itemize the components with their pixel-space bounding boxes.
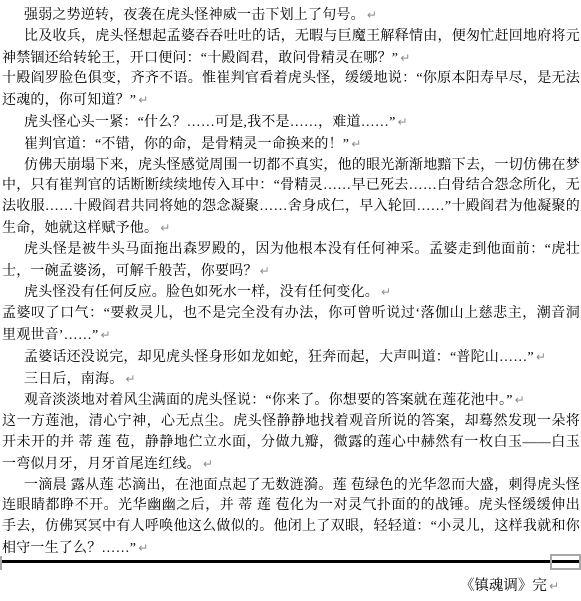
paragraph-mark-icon: ↵ bbox=[513, 393, 525, 407]
paragraph-mark-icon: ↵ bbox=[98, 328, 110, 342]
paragraph-mark-icon: ↵ bbox=[379, 285, 391, 299]
paragraph: 孟婆话还没说完，却见虎头怪身形如龙如蛇，狂奔而起，大声叫道：“普陀山……”↵ bbox=[2, 347, 580, 369]
paragraph-mark-icon: ↵ bbox=[136, 93, 148, 107]
paragraph-mark-icon: ↵ bbox=[136, 541, 148, 555]
paragraph: 崔判官道：“不错，你的命，是骨精灵一命换来的！”↵ bbox=[2, 134, 580, 156]
paragraph-text: 强弱之势逆转，夜袭在虎头怪神威一击下划上了句号。 bbox=[24, 8, 365, 23]
paragraph: 强弱之势逆转，夜袭在虎头怪神威一击下划上了句号。↵ bbox=[2, 5, 580, 27]
rule-left-handle[interactable] bbox=[0, 556, 2, 570]
paragraph: 虎头怪没有任何反应。脸色如死水一样，没有任何变化。↵ bbox=[2, 282, 580, 304]
paragraph-text: 虎头怪心头一紧：“什么？……可是,我不是……，难道……” bbox=[24, 115, 396, 130]
paragraph: 比及收兵，虎头怪想起孟婆吞吞吐吐的话，无暇与巨魔王解释情由，便匆忙赶回地府将元神… bbox=[2, 27, 580, 70]
paragraph: 这一方莲池，清心宁神，心无点尘。虎头怪静静地找着观音所说的答案，却蓦然发现一朵将… bbox=[2, 412, 580, 475]
paragraph-mark-icon: ↵ bbox=[258, 264, 270, 278]
paragraph-text: 这一方莲池，清心宁神，心无点尘。虎头怪静静地找着观音所说的答案，却蓦然发现一朵将… bbox=[2, 414, 580, 472]
rule-right-handle[interactable] bbox=[550, 554, 581, 570]
paragraph: 十殿阎罗脸色俱变，齐齐不语。惟崔判官看着虎头怪，缓缓地说：“你原本阳寿早尽，是无… bbox=[2, 69, 580, 112]
paragraph-text: 孟婆话还没说完，却见虎头怪身形如龙如蛇，狂奔而起，大声叫道：“普陀山……” bbox=[24, 350, 534, 365]
footer-title-text: 《镇魂调》完 bbox=[460, 578, 547, 594]
paragraph-text: 十殿阎罗脸色俱变，齐齐不语。惟崔判官看着虎头怪，缓缓地说：“你原本阳寿早尽，是无… bbox=[2, 71, 580, 108]
paragraph-mark-icon: ↵ bbox=[349, 137, 361, 151]
paragraph-mark-icon: ↵ bbox=[123, 372, 135, 386]
paragraph: 孟婆叹了口气：“要救灵儿，也不是完全没有办法，你可曾听说过‘落伽山上慈悲主，潮音… bbox=[2, 304, 580, 347]
paragraph: 仿佛天崩塌下来，虎头怪感觉周围一切都不真实，他的眼光渐渐地黯下去，一切仿佛在梦中… bbox=[2, 156, 580, 240]
paragraph-text: 一滴晨 露从莲 芯滴出，在池面点起了无数涟漪。莲 苞绿色的光华忽而大盛，刺得虎头… bbox=[2, 478, 580, 556]
paragraph-mark-icon: ↵ bbox=[547, 579, 559, 593]
paragraph-mark-icon: ↵ bbox=[158, 221, 170, 235]
footer-title: 《镇魂调》完↵ bbox=[460, 574, 559, 595]
paragraph-text: 崔判官道：“不错，你的命，是骨精灵一命换来的！” bbox=[24, 137, 349, 152]
paragraph-mark-icon: ↵ bbox=[396, 115, 408, 129]
paragraph-mark-icon: ↵ bbox=[534, 350, 546, 364]
paragraph-text: 仿佛天崩塌下来，虎头怪感觉周围一切都不真实，他的眼光渐渐地黯下去，一切仿佛在梦中… bbox=[2, 158, 580, 236]
paragraph: 一滴晨 露从莲 芯滴出，在池面点起了无数涟漪。莲 苞绿色的光华忽而大盛，刺得虎头… bbox=[2, 476, 580, 560]
paragraph-text: 观音淡淡地对着风尘满面的虎头怪说：“你来了。你想要的答案就在莲花池中。” bbox=[24, 393, 513, 408]
rule-line bbox=[0, 560, 581, 563]
paragraph: 虎头怪是被牛头马面拖出森罗殿的，因为他根本没有任何神采。孟婆走到他面前：“虎壮士… bbox=[2, 240, 580, 283]
document-body: 强弱之势逆转，夜袭在虎头怪神威一击下划上了句号。↵ 比及收兵，虎头怪想起孟婆吞吞… bbox=[0, 0, 581, 560]
paragraph-text: 虎头怪是被牛头马面拖出森罗殿的，因为他根本没有任何神采。孟婆走到他面前：“虎壮士… bbox=[2, 242, 580, 279]
paragraph-mark-icon: ↵ bbox=[365, 8, 377, 22]
paragraph: 观音淡淡地对着风尘满面的虎头怪说：“你来了。你想要的答案就在莲花池中。”↵ bbox=[2, 390, 580, 412]
paragraph: 虎头怪心头一紧：“什么？……可是,我不是……，难道……”↵ bbox=[2, 112, 580, 134]
paragraph-text: 比及收兵，虎头怪想起孟婆吞吞吐吐的话，无暇与巨魔王解释情由，便匆忙赶回地府将元神… bbox=[2, 29, 580, 66]
paragraph-mark-icon: ↵ bbox=[398, 51, 410, 65]
paragraph-text: 三日后，南海。 bbox=[24, 372, 123, 387]
paragraph: 三日后，南海。↵ bbox=[2, 369, 580, 391]
horizontal-rule[interactable] bbox=[0, 554, 581, 571]
paragraph-mark-icon: ↵ bbox=[201, 457, 213, 471]
paragraph-text: 虎头怪没有任何反应。脸色如死水一样，没有任何变化。 bbox=[24, 285, 379, 300]
paragraph-text: 孟婆叹了口气：“要救灵儿，也不是完全没有办法，你可曾听说过‘落伽山上慈悲主，潮音… bbox=[2, 306, 580, 343]
